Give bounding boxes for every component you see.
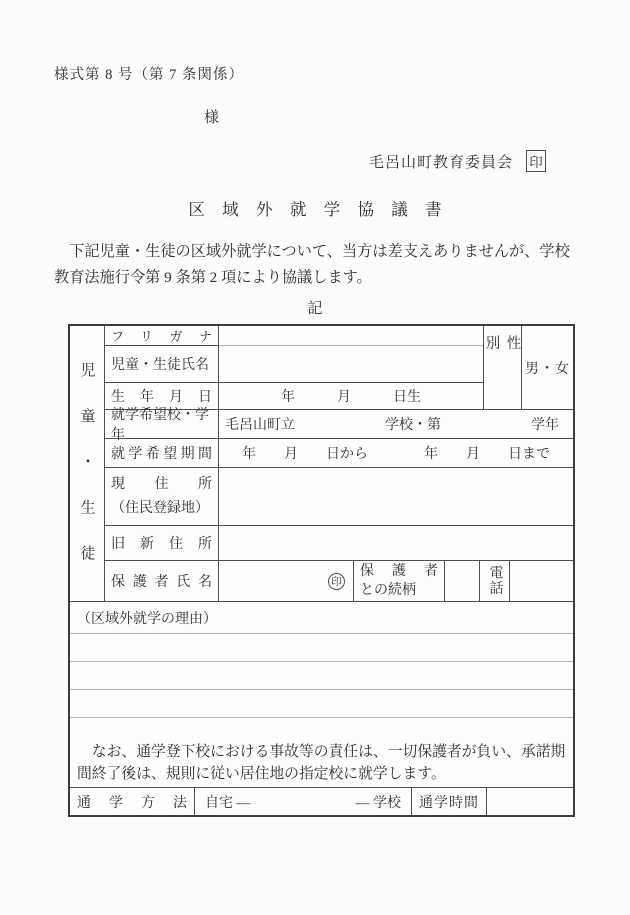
table-row: 保護者氏名 印 保護者 との続柄 電話 (105, 561, 573, 601)
reason-label: （区域外就学の理由） (70, 602, 573, 634)
document-title: 区域外就学協議書 (0, 196, 630, 220)
reason-blank-line-1[interactable] (70, 634, 573, 662)
student-name-label: 児童・生徒氏名 (105, 346, 219, 383)
commute-row: 通学方法 自宅 ― ― 学校 通学時間 (70, 788, 573, 815)
school-middle-text: 学校・第 (385, 414, 441, 434)
gender-label: 性別 (483, 326, 521, 409)
committee-seal-box: 印 (526, 150, 546, 172)
relation-field[interactable] (445, 561, 480, 601)
commute-time-field[interactable] (487, 788, 573, 815)
student-info-section: 児童・生徒 フリガナ 児童・生徒氏名 (70, 326, 573, 602)
guardian-name-label: 保護者氏名 (105, 561, 219, 601)
furigana-label: フリガナ (105, 326, 219, 346)
table-row: 児童・生徒氏名 (105, 346, 483, 383)
reason-blank-line-2[interactable] (70, 662, 573, 690)
side-label-text: 児童・生徒 (77, 362, 98, 591)
application-table: 児童・生徒 フリガナ 児童・生徒氏名 (68, 324, 575, 817)
form-number: 様式第 8 号（第 7 条関係） (54, 63, 244, 84)
school-prefix-text: 毛呂山町立 (225, 414, 295, 434)
old-new-address-field[interactable] (219, 526, 573, 560)
student-section-side-column: 児童・生徒 (70, 326, 105, 601)
document-page: 様式第 8 号（第 7 条関係） 様 毛呂山町教育委員会 印 区域外就学協議書 … (0, 0, 630, 915)
commute-method-field[interactable]: 自宅 ― ― 学校 (195, 788, 412, 815)
phone-label: 電話 (480, 561, 510, 601)
guardian-seal-mark: 印 (328, 573, 345, 590)
committee-name: 毛呂山町教育委員会 (369, 151, 513, 172)
desired-school-field[interactable]: 毛呂山町立 学校・第 学年 (219, 410, 573, 438)
old-new-address-label: 旧新住所 (105, 526, 219, 560)
record-mark: 記 (0, 297, 630, 318)
student-name-field[interactable] (219, 346, 483, 383)
committee-line: 毛呂山町教育委員会 印 (369, 150, 546, 172)
table-row: 現住所 （住民登録地） (105, 468, 573, 526)
table-row: フリガナ (105, 326, 483, 346)
table-row: 旧新住所 (105, 526, 573, 561)
desired-school-label: 就学希望校・学年 (105, 410, 219, 438)
school-suffix-text: 学年 (531, 414, 559, 434)
furigana-field[interactable] (219, 326, 483, 346)
guardian-name-field[interactable]: 印 (219, 561, 354, 601)
phone-field[interactable] (510, 561, 573, 601)
commute-time-label: 通学時間 (412, 788, 487, 815)
table-row: 就学希望期間 年 月 日から 年 月 日まで (105, 439, 573, 468)
reason-section: （区域外就学の理由） なお、通学登下校における事故等の責任は、一切保護者が負い、… (70, 602, 573, 788)
desired-period-label: 就学希望期間 (105, 439, 219, 467)
current-address-field[interactable] (219, 468, 573, 525)
reason-blank-line-3[interactable] (70, 690, 573, 718)
addressee-honorific: 様 (204, 106, 219, 127)
note-text: なお、通学登下校における事故等の責任は、一切保護者が負い、承諾期間終了後は、規則… (70, 718, 573, 787)
relation-label: 保護者 との続柄 (354, 561, 445, 601)
desired-period-field[interactable]: 年 月 日から 年 月 日まで (219, 439, 573, 467)
body-paragraph: 下記児童・生徒の区域外就学について、当方は差支えありませんが、学校教育法施行令第… (54, 239, 578, 291)
table-row: 就学希望校・学年 毛呂山町立 学校・第 学年 (105, 410, 573, 439)
commute-home-text: 自宅 ― (205, 792, 251, 812)
gender-field[interactable]: 男・女 (521, 326, 573, 409)
current-address-label: 現住所 （住民登録地） (105, 468, 219, 525)
commute-school-text: ― 学校 (356, 792, 402, 812)
birth-date-field[interactable]: 年 月 日生 (219, 383, 483, 409)
commute-method-label: 通学方法 (70, 788, 195, 815)
